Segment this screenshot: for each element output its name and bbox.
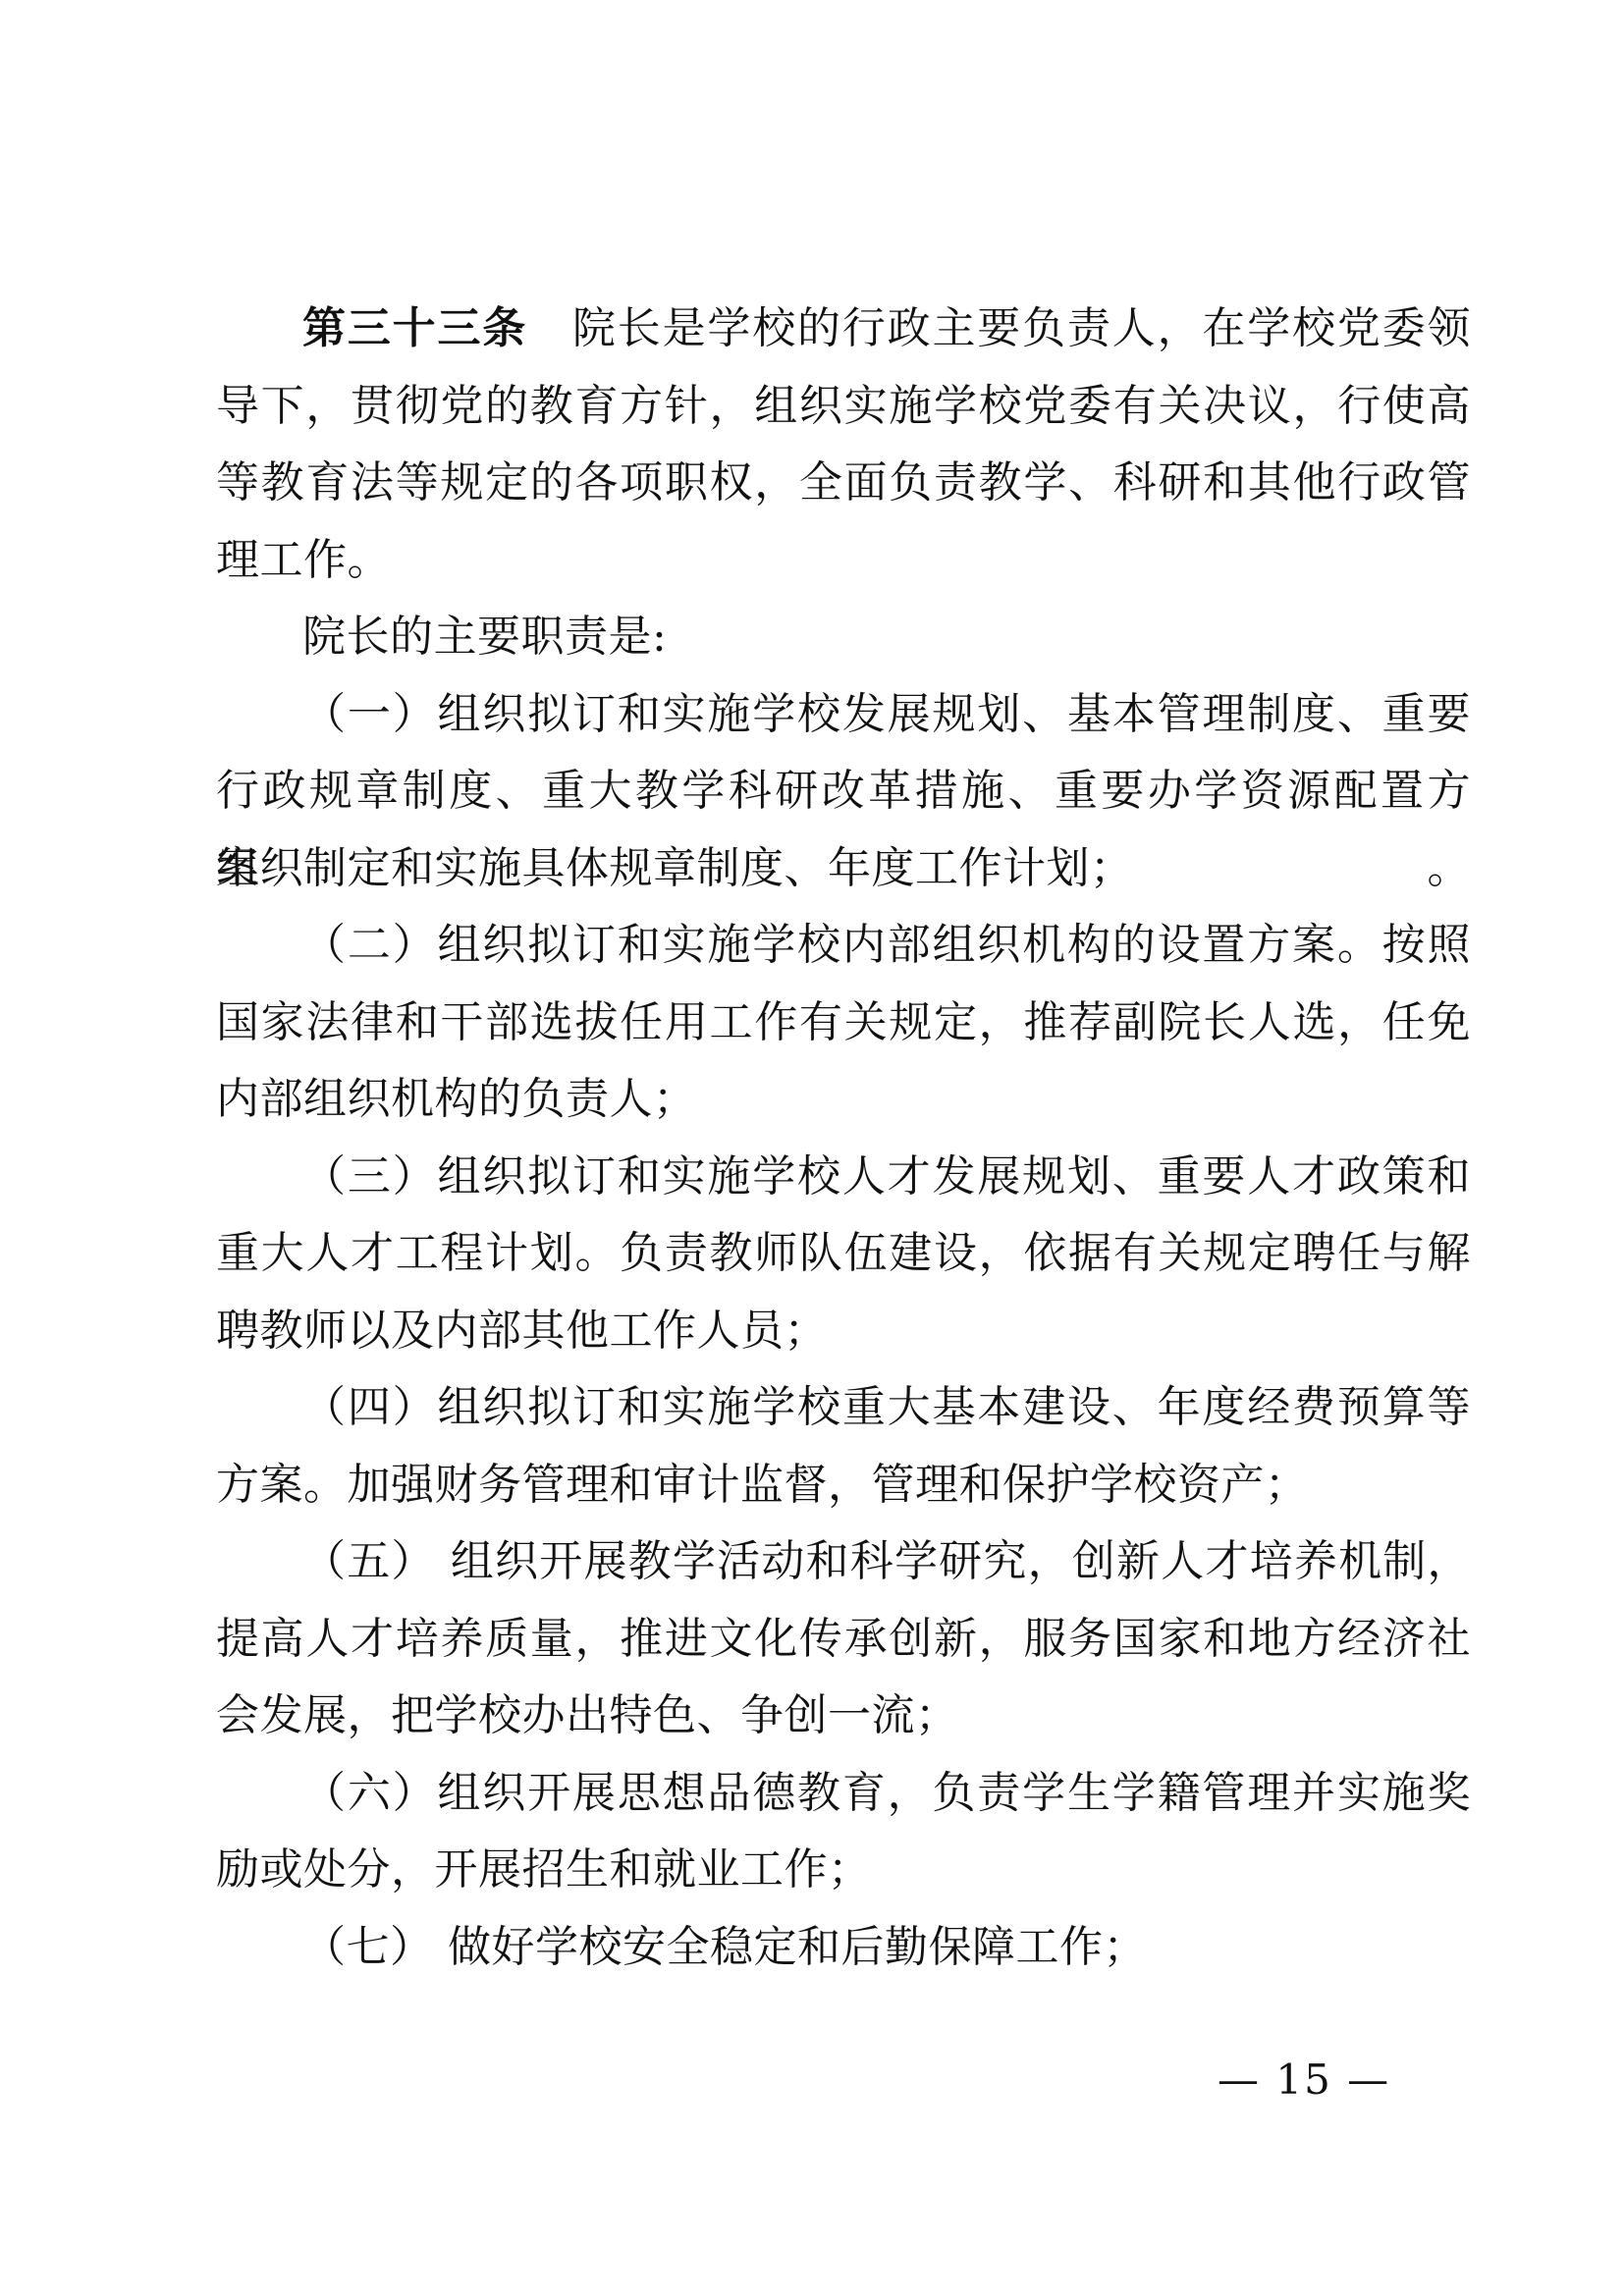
text-line: （一）组织拟订和实施学校发展规划、基本管理制度、重要 [216,676,1471,754]
text-line: 方案。加强财务管理和审计监督，管理和保护学校资产； [216,1447,1471,1524]
text-line: （四）组织拟订和实施学校重大基本建设、年度经费预算等 [216,1369,1471,1447]
text-line: 院长的主要职责是: [216,599,1471,676]
text-line-tail: 院长是学校的行政主要负责人，在学校党委领 [527,303,1471,353]
text-line: （二）组织拟订和实施学校内部组织机构的设置方案。按照 [216,907,1471,985]
article-body: 第三十三条 院长是学校的行政主要负责人，在学校党委领 导下，贯彻党的教育方针，组… [216,291,1471,1986]
text-line: 国家法律和干部选拔任用工作有关规定，推荐副院长人选，任免 [216,985,1471,1062]
text-line: 等教育法等规定的各项职权，全面负责教学、科研和其他行政管 [216,445,1471,522]
document-page: 第三十三条 院长是学校的行政主要负责人，在学校党委领 导下，贯彻党的教育方针，组… [0,0,1624,2296]
article-number-heading: 第三十三条 [302,303,527,353]
page-number: — 15 — [1218,2056,1390,2104]
text-line: 导下，贯彻党的教育方针，组织实施学校党委有关决议，行使高 [216,368,1471,446]
text-line: 重大人才工程计划。负责教师队伍建设，依据有关规定聘任与解 [216,1215,1471,1293]
text-line: （三）组织拟订和实施学校人才发展规划、重要人才政策和 [216,1139,1471,1216]
text-line: 理工作。 [216,522,1471,600]
text-line: 励或处分，开展招生和就业工作； [216,1832,1471,1909]
text-line: （五） 组织开展教学活动和科学研究，创新人才培养机制， [216,1523,1471,1601]
text-line: 聘教师以及内部其他工作人员； [216,1293,1471,1370]
text-line: （七） 做好学校安全稳定和后勤保障工作； [216,1909,1471,1987]
text-line: 内部组织机构的负责人； [216,1061,1471,1139]
text-line: 第三十三条 院长是学校的行政主要负责人，在学校党委领 [216,291,1471,368]
text-line: 提高人才培养质量，推进文化传承创新，服务国家和地方经济社 [216,1601,1471,1679]
text-line: （六）组织开展思想品德教育，负责学生学籍管理并实施奖 [216,1755,1471,1833]
text-line: 行政规章制度、重大教学科研改革措施、重要办学资源配置方案。 [216,753,1471,830]
text-line: 会发展，把学校办出特色、争创一流； [216,1678,1471,1755]
